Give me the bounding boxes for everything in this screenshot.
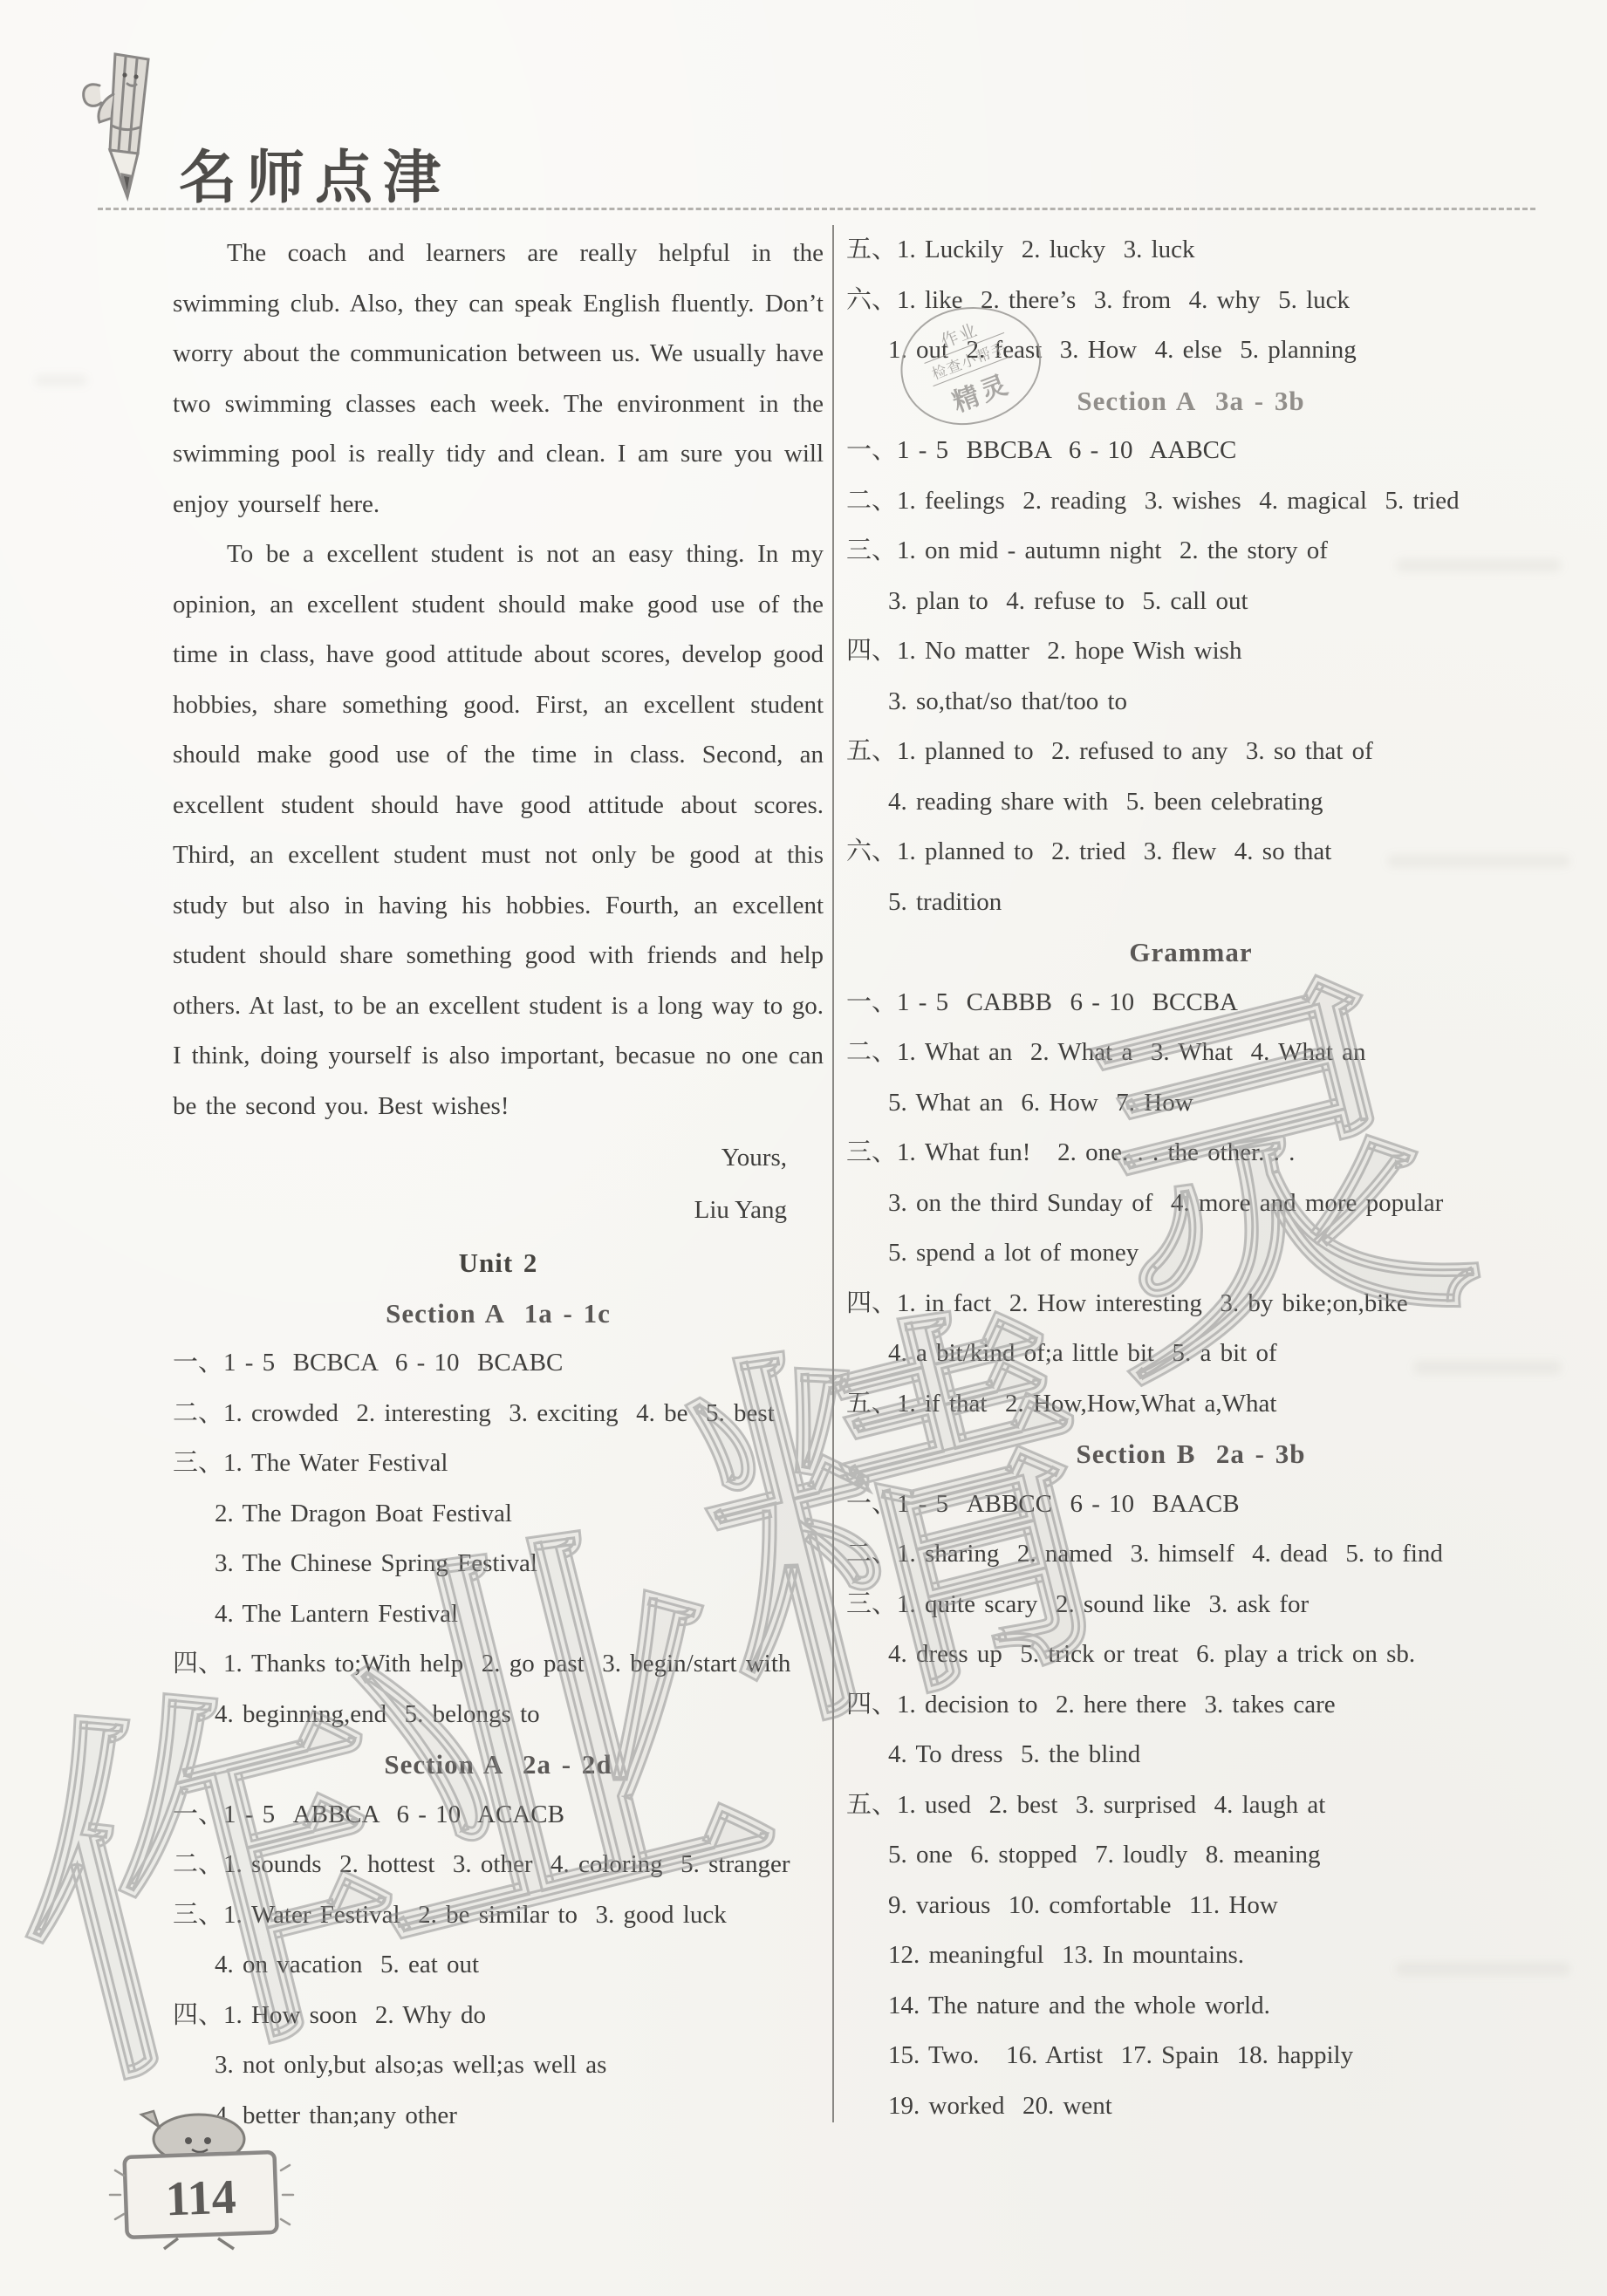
answer-line: 二、1. What an 2. What a 3. What 4. What a… — [846, 1028, 1535, 1078]
answer-line: 三、1. What fun! 2. one. . . the other. . … — [846, 1128, 1535, 1179]
answer-line: 一、1 - 5 ABBCC 6 - 10 BAACB — [846, 1479, 1535, 1530]
workbook-answer-page: 名师点津 The coach and learners are really h… — [0, 0, 1607, 2296]
answer-line: 4. To dress 5. the blind — [846, 1730, 1535, 1780]
page-number-badge: 114 — [101, 2097, 302, 2254]
essay-block: The coach and learners are really helpfu… — [173, 229, 824, 1236]
answer-line: 15. Two. 16. Artist 17. Spain 18. happil… — [846, 2031, 1535, 2081]
signature-block: Yours, Liu Yang — [173, 1131, 824, 1236]
answer-line: 二、1. sounds 2. hottest 3. other 4. color… — [173, 1840, 824, 1890]
answer-line: 3. on the third Sunday of 4. more and mo… — [846, 1179, 1535, 1229]
answer-line: 4. a bit/kind of;a little bit 5. a bit o… — [846, 1329, 1535, 1379]
section-heading: Grammar — [846, 927, 1535, 978]
answer-line: 5. What an 6. How 7. How — [846, 1078, 1535, 1129]
answer-line: 4. reading share with 5. been celebratin… — [846, 777, 1535, 828]
answer-line: 3. The Chinese Spring Festival — [173, 1539, 824, 1589]
answer-line: 5. spend a lot of money — [846, 1228, 1535, 1279]
answer-line: 三、1. on mid - autumn night 2. the story … — [846, 526, 1535, 577]
answer-line: 3. plan to 4. refuse to 5. call out — [846, 577, 1535, 627]
answer-line: 五、1. planned to 2. refused to any 3. so … — [846, 727, 1535, 777]
answer-line: 四、1. decision to 2. here there 3. takes … — [846, 1680, 1535, 1731]
answer-line: 三、1. quite scary 2. sound like 3. ask fo… — [846, 1580, 1535, 1630]
answer-line: 9. various 10. comfortable 11. How — [846, 1881, 1535, 1931]
answer-line: 3. not only,but also;as well;as well as — [173, 2040, 824, 2091]
answer-line: 四、1. in fact 2. How interesting 3. by bi… — [846, 1279, 1535, 1329]
answer-line: 三、1. The Water Festival — [173, 1438, 824, 1489]
answer-line: 三、1. Water Festival 2. be similar to 3. … — [173, 1890, 824, 1941]
answer-line: 5. one 6. stopped 7. loudly 8. meaning — [846, 1830, 1535, 1881]
answer-line: 四、1. Thanks to;With help 2. go past 3. b… — [173, 1639, 824, 1690]
answer-line: 19. worked 20. went — [846, 2081, 1535, 2132]
essay-paragraph: To be a excellent student is not an easy… — [173, 530, 824, 1131]
answer-line: 五、1. used 2. best 3. surprised 4. laugh … — [846, 1780, 1535, 1831]
pencil-mascot-icon — [70, 42, 178, 213]
section-heading: Section A 2a - 2d — [173, 1739, 824, 1790]
left-answer-list: Unit 2Section A 1a - 1c一、1 - 5 BCBCA 6 -… — [173, 1238, 824, 2141]
answer-line: 二、1. sharing 2. named 3. himself 4. dead… — [846, 1529, 1535, 1580]
section-heading: Unit 2 — [173, 1238, 824, 1288]
answer-line: 四、1. How soon 2. Why do — [173, 1991, 824, 2041]
page-title: 名师点津 — [179, 131, 451, 214]
answer-line: 5. tradition — [846, 878, 1535, 928]
answer-line: 4. on vacation 5. eat out — [173, 1940, 824, 1991]
answer-line: 一、1 - 5 BBCBA 6 - 10 AABCC — [846, 426, 1535, 476]
scan-smudge — [35, 375, 87, 386]
section-heading: Section B 2a - 3b — [846, 1429, 1535, 1479]
answer-line: 4. beginning,end 5. belongs to — [173, 1690, 824, 1740]
signature-line: Liu Yang — [173, 1184, 787, 1236]
answer-line: 一、1 - 5 CABBB 6 - 10 BCCBA — [846, 978, 1535, 1028]
answer-line: 二、1. crowded 2. interesting 3. exciting … — [173, 1389, 824, 1439]
signature-line: Yours, — [173, 1131, 787, 1184]
answer-line: 一、1 - 5 BCBCA 6 - 10 BCABC — [173, 1338, 824, 1389]
answer-line: 4. The Lantern Festival — [173, 1589, 824, 1640]
answer-line: 五、1. if that 2. How,How,What a,What — [846, 1379, 1535, 1430]
column-divider — [832, 225, 834, 2122]
answer-line: 2. The Dragon Boat Festival — [173, 1489, 824, 1540]
answer-line: 四、1. No matter 2. hope Wish wish — [846, 626, 1535, 677]
answer-line: 3. so,that/so that/too to — [846, 677, 1535, 728]
right-answer-list: 五、1. Luckily 2. lucky 3. luck六、1. like 2… — [846, 225, 1535, 2131]
left-column: The coach and learners are really helpfu… — [173, 229, 824, 2141]
answer-line: 二、1. feelings 2. reading 3. wishes 4. ma… — [846, 476, 1535, 527]
answer-line: 一、1 - 5 ABBCA 6 - 10 ACACB — [173, 1790, 824, 1841]
header-dashed-rule — [98, 208, 1535, 210]
answer-line: 4. dress up 5. trick or treat 6. play a … — [846, 1630, 1535, 1680]
section-heading: Section A 1a - 1c — [173, 1288, 824, 1339]
answer-line: 五、1. Luckily 2. lucky 3. luck — [846, 225, 1535, 276]
answer-line: 12. meaningful 13. In mountains. — [846, 1930, 1535, 1981]
right-column: 五、1. Luckily 2. lucky 3. luck六、1. like 2… — [846, 223, 1535, 2131]
answer-line: 六、1. planned to 2. tried 3. flew 4. so t… — [846, 827, 1535, 878]
answer-line: 14. The nature and the whole world. — [846, 1981, 1535, 2032]
essay-paragraph: The coach and learners are really helpfu… — [173, 229, 824, 530]
page-number: 114 — [165, 2170, 237, 2227]
